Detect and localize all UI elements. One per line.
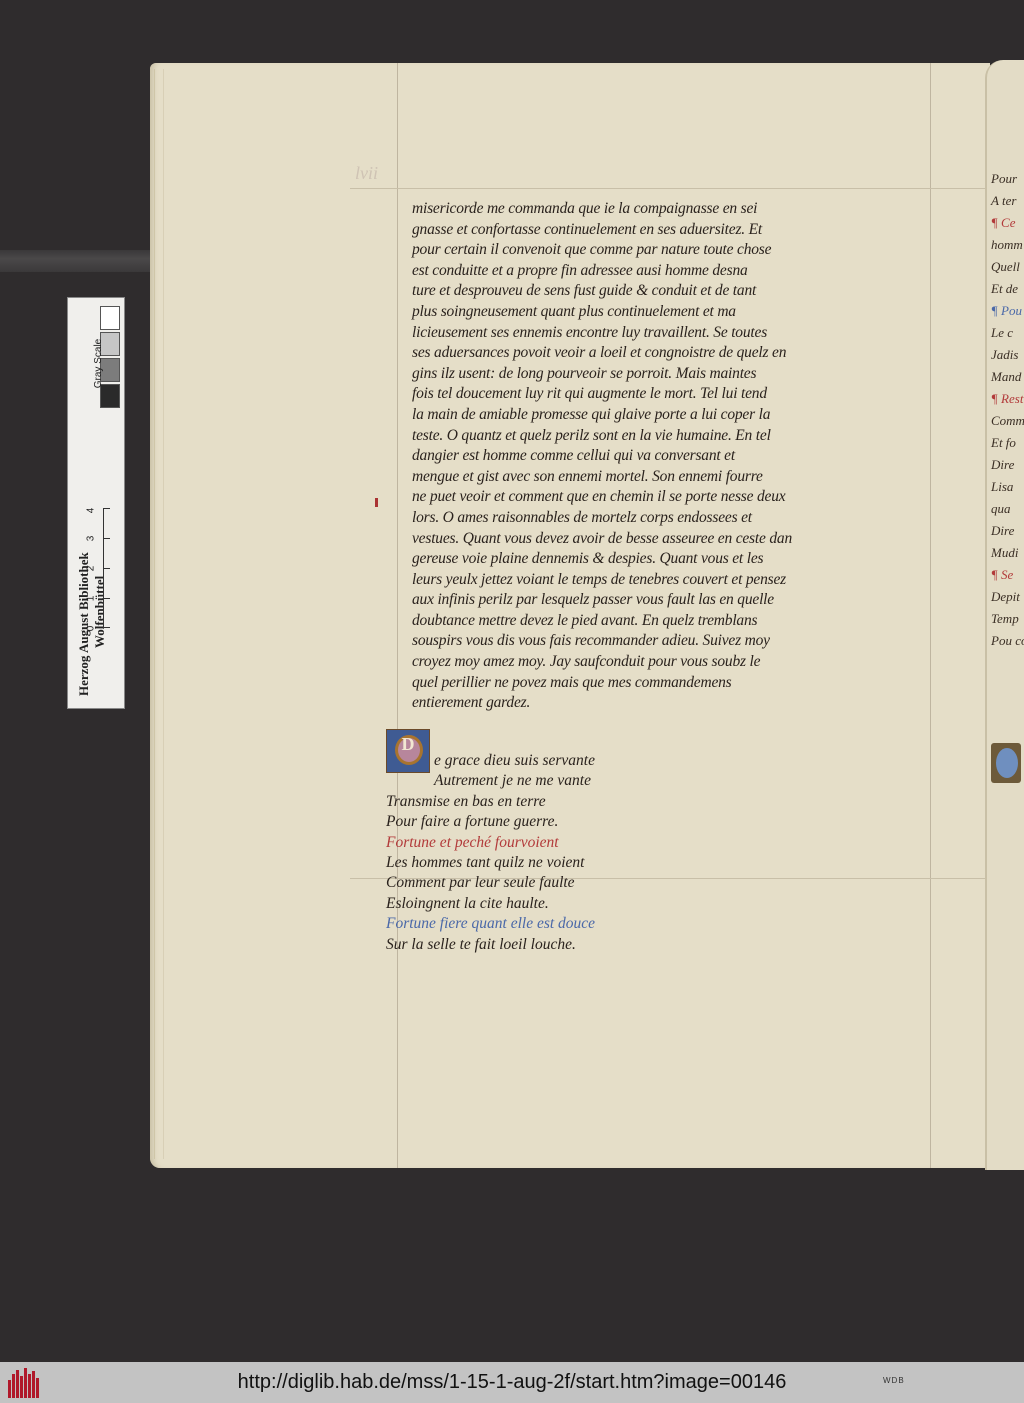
verse-line: Transmise en bas en terre (386, 792, 595, 812)
prose-line: plus soingneusement quant plus continuel… (412, 302, 972, 323)
prose-line: gnasse et confortasse continuelement en … (412, 220, 972, 241)
prose-line: gins ilz usent: de long pourveoir se por… (412, 364, 972, 385)
facing-page-edge: Pour A ter ¶ Ce homm Quell Et de ¶ Pou L… (985, 60, 1024, 1170)
manuscript-scan: Herzog August Bibliothek Wolfenbüttel Gr… (0, 0, 1024, 1362)
facing-page-initial (991, 743, 1021, 783)
page-edge (154, 69, 164, 1159)
prose-line: misericorde me commanda que ie la compai… (412, 199, 972, 220)
prose-line: ne puet veoir et comment que en chemin i… (412, 487, 972, 508)
prose-line: ses aduersances povoit veoir a loeil et … (412, 343, 972, 364)
viewer-footer: http://diglib.hab.de/mss/1-15-1-aug-2f/s… (0, 1362, 1024, 1403)
verse-line: Pour faire a fortune guerre. (386, 812, 595, 832)
prose-line: souspirs vous dis vous fais recommander … (412, 631, 972, 652)
verse-line: Sur la selle te fait loeil louche. (386, 935, 595, 955)
permalink-url[interactable]: http://diglib.hab.de/mss/1-15-1-aug-2f/s… (0, 1371, 1024, 1394)
prose-line: aux infinis perilz par lesquelz passer v… (412, 590, 972, 611)
manuscript-folio: lvii misericorde me commanda que ie la c… (150, 63, 990, 1168)
prose-block: misericorde me commanda que ie la compai… (412, 199, 972, 714)
gray-scale-label: Gray Scale (93, 339, 104, 388)
prose-line: licieusement ses ennemis encontre luy tr… (412, 323, 972, 344)
prose-line: doubtance mettre devez le pied avant. En… (412, 611, 972, 632)
prose-line: leurs yeulx jettez voiant le temps de te… (412, 570, 972, 591)
verse-line: e grace dieu suis servante (386, 751, 595, 771)
color-calibration-bar: Herzog August Bibliothek Wolfenbüttel Gr… (67, 297, 125, 709)
prose-line: ture et desprouveu de sens fust guide & … (412, 281, 972, 302)
prose-line: teste. O quantz et quelz perilz sont en … (412, 426, 972, 447)
prose-line: fois tel doucement luy rit qui augmente … (412, 384, 972, 405)
verse-line: Les hommes tant quilz ne voient (386, 853, 595, 873)
verse-line-rubric: Fortune et peché fourvoient (386, 833, 595, 853)
prose-line: mengue et gist avec son ennemi mortel. S… (412, 467, 972, 488)
prose-line: vestues. Quant vous devez avoir de besse… (412, 529, 972, 550)
prose-line: est conduitte et a propre fin adressee a… (412, 261, 972, 282)
prose-line: quel perillier ne povez mais que mes com… (412, 673, 972, 694)
verse-line-rubric: Fortune fiere quant elle est douce (386, 914, 595, 934)
cm-ruler (103, 508, 119, 628)
prose-line: la main de amiable promesse qui glaive p… (412, 405, 972, 426)
ruling-left (397, 63, 398, 1168)
prose-line: lors. O ames raisonnables de mortelz cor… (412, 508, 972, 529)
verse-line: Comment par leur seule faulte (386, 873, 595, 893)
folio-number: lvii (355, 163, 378, 184)
wdb-tag: WDB (883, 1376, 905, 1385)
prose-line: gereuse voie plaine dennemis & despies. … (412, 549, 972, 570)
margin-red-mark (375, 498, 378, 507)
verse-line: Esloingnent la cite haulte. (386, 894, 595, 914)
prose-line: entierement gardez. (412, 693, 972, 714)
cm-ruler-ticks: 0 1 2 3 4 (88, 513, 102, 633)
prose-line: croyez moy amez moy. Jay saufconduit pou… (412, 652, 972, 673)
ruling-top (350, 188, 990, 189)
verse-block: e grace dieu suis servante Autrement je … (386, 751, 595, 955)
prose-line: dangier est homme comme cellui qui va co… (412, 446, 972, 467)
prose-line: pour certain il convenoit que comme par … (412, 240, 972, 261)
facing-page-text: Pour A ter ¶ Ce homm Quell Et de ¶ Pou L… (991, 168, 1024, 652)
verse-line: Autrement je ne me vante (386, 771, 595, 791)
